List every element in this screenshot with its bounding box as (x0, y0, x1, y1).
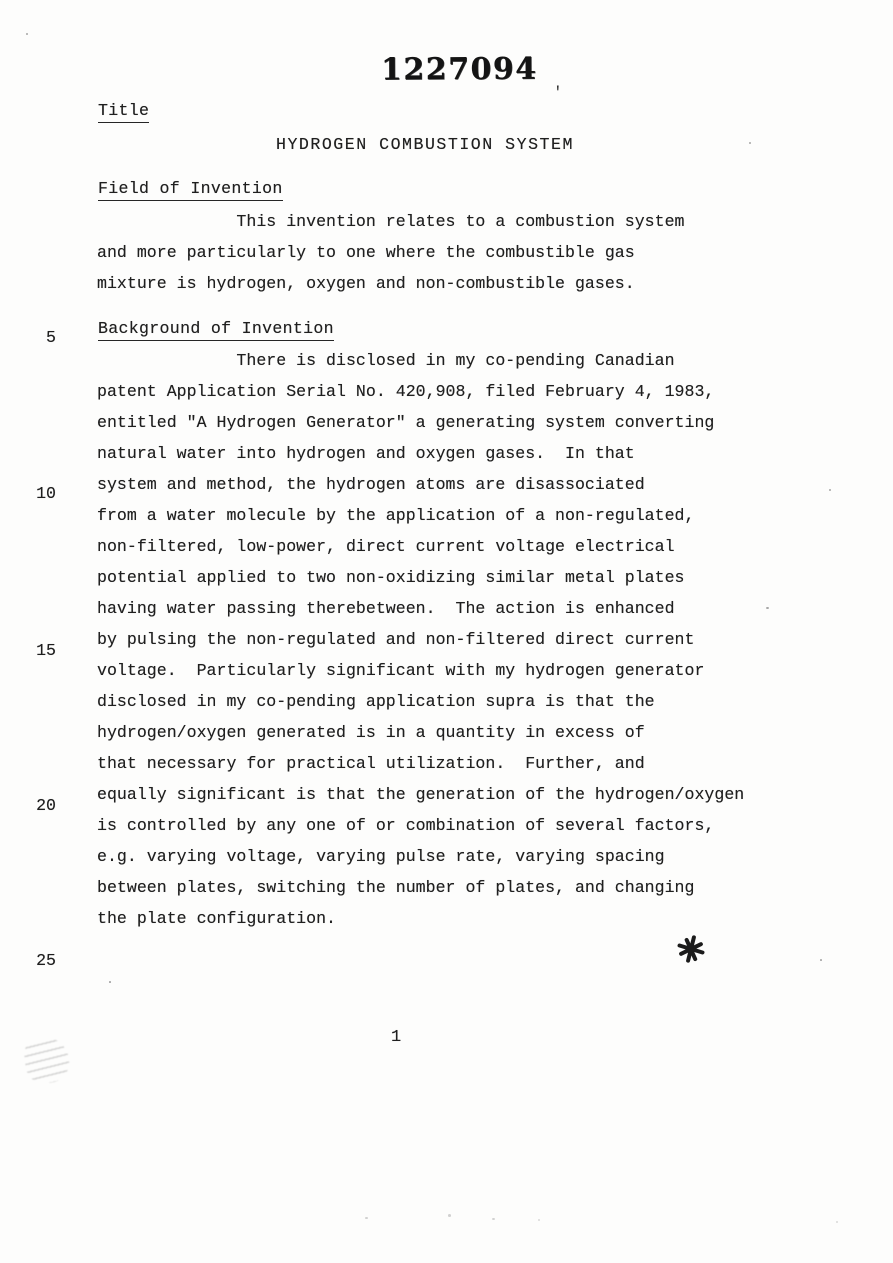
asterisk-mark-icon (674, 932, 708, 966)
noise-speck (749, 142, 751, 144)
text-line: This invention relates to a combustion s… (97, 206, 685, 237)
text-line: non-filtered, low-power, direct current … (97, 531, 744, 562)
margin-line-number-20: 20 (22, 796, 56, 815)
text-line: system and method, the hydrogen atoms ar… (97, 469, 744, 500)
stray-ink-mark: ' (553, 84, 563, 102)
title-label: Title (98, 101, 149, 123)
noise-speck (26, 33, 28, 35)
patent-document-page: 1227094 ' Title HYDROGEN COMBUSTION SYST… (0, 0, 893, 1263)
text-line: disclosed in my co-pending application s… (97, 686, 744, 717)
text-line: between plates, switching the number of … (97, 872, 744, 903)
ink-smudge (22, 1034, 71, 1085)
text-line: mixture is hydrogen, oxygen and non-comb… (97, 268, 685, 299)
text-line: the plate configuration. (97, 903, 744, 934)
margin-line-number-10: 10 (22, 484, 56, 503)
noise-speck (109, 981, 111, 983)
text-line: hydrogen/oxygen generated is in a quanti… (97, 717, 744, 748)
text-line: from a water molecule by the application… (97, 500, 744, 531)
margin-line-number-25: 25 (22, 951, 56, 970)
text-line: voltage. Particularly significant with m… (97, 655, 744, 686)
noise-speck (829, 489, 831, 491)
text-line: equally significant is that the generati… (97, 779, 744, 810)
text-line: entitled "A Hydrogen Generator" a genera… (97, 407, 744, 438)
text-line: potential applied to two non-oxidizing s… (97, 562, 744, 593)
noise-speck (820, 959, 822, 961)
margin-line-number-15: 15 (22, 641, 56, 660)
text-line: patent Application Serial No. 420,908, f… (97, 376, 744, 407)
text-line: is controlled by any one of or combinati… (97, 810, 744, 841)
document-title: HYDROGEN COMBUSTION SYSTEM (276, 135, 574, 154)
noise-speck (538, 1219, 540, 1221)
patent-number-stamp: 1227094 (381, 52, 538, 88)
text-line: and more particularly to one where the c… (97, 237, 685, 268)
noise-speck (492, 1218, 495, 1220)
text-line: by pulsing the non-regulated and non-fil… (97, 624, 744, 655)
margin-line-number-5: 5 (22, 328, 56, 347)
background-of-invention-heading: Background of Invention (98, 319, 334, 341)
noise-speck (365, 1217, 368, 1219)
noise-speck (448, 1214, 451, 1217)
noise-speck (766, 607, 769, 609)
text-line: having water passing therebetween. The a… (97, 593, 744, 624)
field-of-invention-heading: Field of Invention (98, 179, 283, 201)
noise-speck (836, 1221, 838, 1223)
text-line: There is disclosed in my co-pending Cana… (97, 345, 744, 376)
text-line: that necessary for practical utilization… (97, 748, 744, 779)
background-paragraph: There is disclosed in my co-pending Cana… (97, 345, 744, 934)
text-line: natural water into hydrogen and oxygen g… (97, 438, 744, 469)
page-number: 1 (391, 1028, 401, 1047)
field-of-invention-paragraph: This invention relates to a combustion s… (97, 206, 685, 299)
text-line: e.g. varying voltage, varying pulse rate… (97, 841, 744, 872)
